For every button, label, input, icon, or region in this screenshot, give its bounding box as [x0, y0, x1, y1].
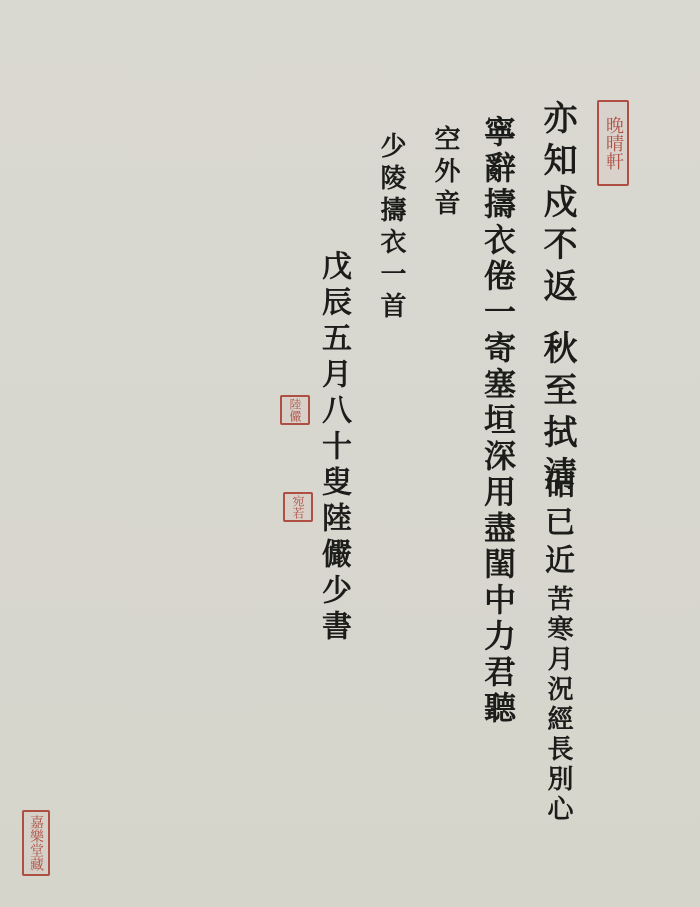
seal-top-right: 晚晴軒	[597, 100, 629, 186]
seal-collector-bottom-left: 嘉樂堂藏	[22, 810, 50, 876]
seal-signature-style: 宛若	[283, 492, 313, 522]
poem-column-1c: 苦寒月況經長別心	[545, 585, 571, 825]
poem-column-3: 空外音	[432, 125, 458, 221]
poem-title-column: 少陵擣衣一首	[378, 132, 404, 324]
poem-column-2: 寧辭擣衣倦一寄塞垣深用盡閨中力君聽	[482, 115, 514, 727]
seal-signature-name: 陸儼	[280, 395, 310, 425]
signature-column: 戊辰五月八十叟陸儼少書	[318, 250, 348, 646]
poem-column-1b: 砧已近	[541, 468, 571, 582]
poem-column-1a: 亦知戍不返 秋至拭清	[540, 100, 574, 498]
